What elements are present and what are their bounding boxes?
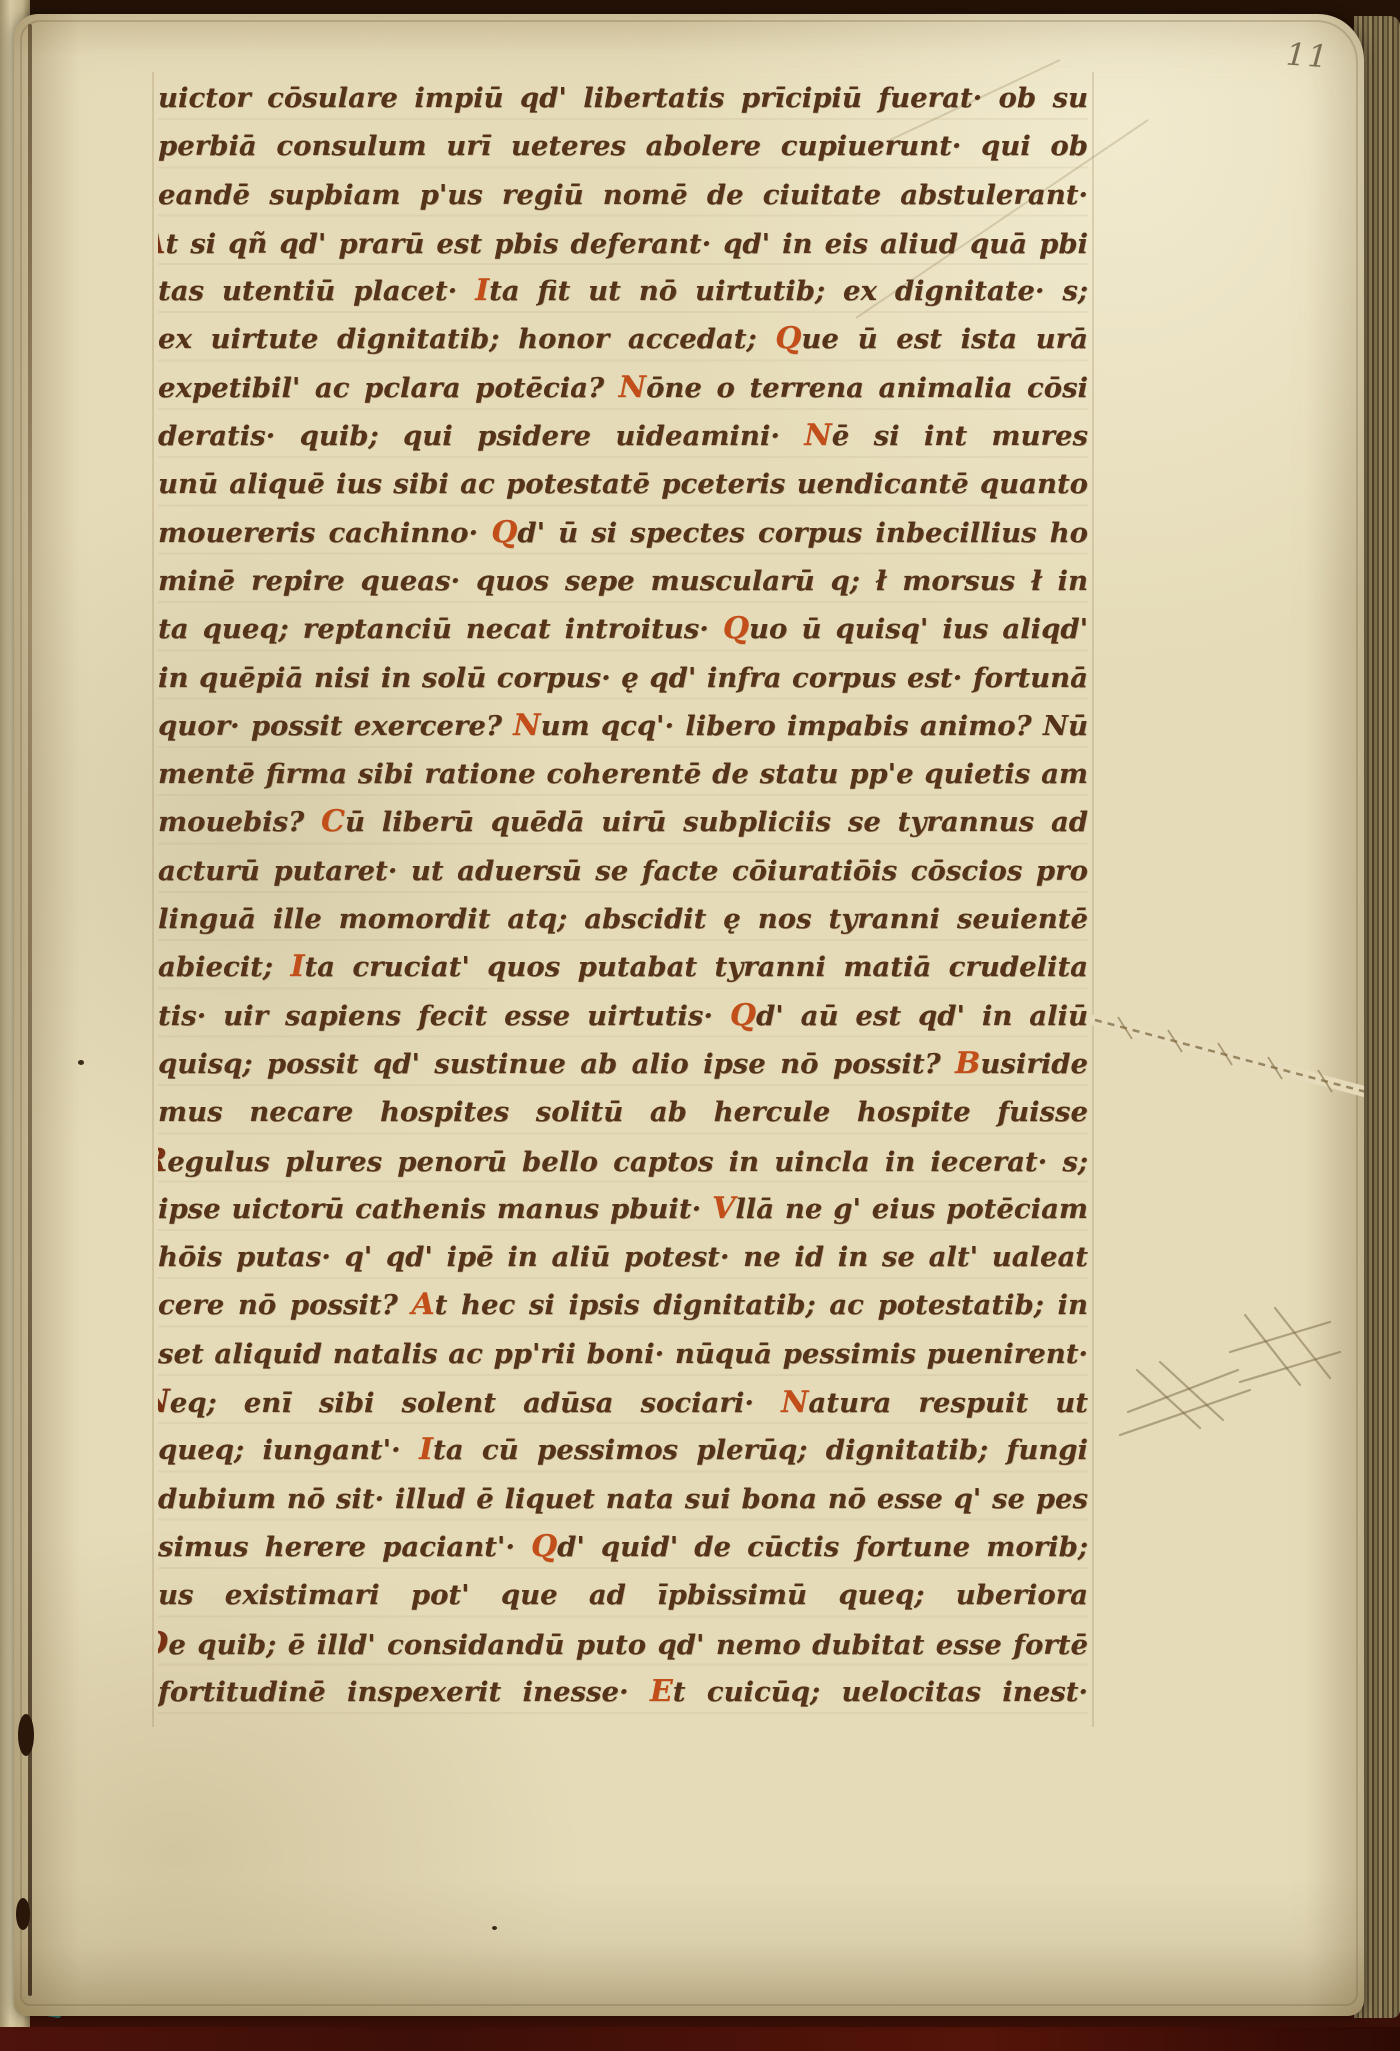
- text-run: mus necare hospites solitū ab hercule ho…: [158, 1096, 1088, 1136]
- text-run: e quib; ē illd' considandū puto qd' nemo…: [158, 1629, 1088, 1668]
- manuscript-line: eandē supbiam p'us regiū nomē de ciuitat…: [158, 171, 1088, 219]
- rubricated-initial: N: [804, 418, 831, 453]
- rubricated-initial: Q: [730, 998, 756, 1033]
- folio-number: 11: [1285, 37, 1331, 76]
- text-run: llā ne g' eius potēciam: [735, 1193, 1088, 1225]
- ink-speck: [492, 1926, 497, 1930]
- text-run: fortitudinē inspexerit inesse·: [158, 1676, 650, 1708]
- rubricated-initial: B: [955, 1046, 980, 1081]
- manuscript-line: linguā ille momordit atq; abscidit ę nos…: [158, 895, 1088, 943]
- text-run: ū liberū quēdā uirū subpliciis se tyrann…: [345, 806, 1088, 838]
- manuscript-line: cere nō possit? At hec si ipsis dignitat…: [158, 1281, 1088, 1329]
- text-run: in quēpiā nisi in solū corpus· ę qd' inf…: [158, 662, 1088, 702]
- manuscript-line: in quēpiā nisi in solū corpus· ę qd' inf…: [158, 654, 1088, 702]
- rubricated-initial: C: [321, 804, 345, 839]
- binding-cover-bottom: [0, 2027, 1400, 2051]
- text-run: egulus plures penorū bello captos in uin…: [158, 1146, 1088, 1185]
- manuscript-line: ipse uictorū cathenis manus pbuit· Vllā …: [158, 1185, 1088, 1233]
- manuscript-text-block: uictor cōsulare impiū qd' libertatis prī…: [158, 74, 1088, 1716]
- text-run: eq; enī sibi solent adūsa sociari·: [170, 1387, 781, 1419]
- manuscript-line: mus necare hospites solitū ab hercule ho…: [158, 1088, 1088, 1136]
- manuscript-line: quisq; possit qd' sustinue ab alio ipse …: [158, 1040, 1088, 1088]
- text-run: deratis· quib; qui psidere uideamini·: [158, 420, 804, 452]
- margin-initial: D: [158, 1625, 168, 1662]
- text-run: ta cruciat' quos putabat tyranni matiā c…: [304, 951, 1088, 983]
- manuscript-line: Neq; enī sibi solent adūsa sociari· Natu…: [158, 1378, 1088, 1426]
- manuscript-line: mouebis? Cū liberū quēdā uirū subpliciis…: [158, 798, 1088, 846]
- text-run: hōis putas· q' qd' ipē in aliū potest· n…: [158, 1241, 1088, 1281]
- text-run: d' ū si spectes corpus inbecillius ho: [517, 517, 1088, 549]
- text-run: dubium nō sit· illud ē liquet nata sui b…: [158, 1483, 1088, 1515]
- rubricated-initial: N: [781, 1385, 808, 1420]
- text-run: mentē firma sibi ratione coherentē de st…: [158, 758, 1088, 790]
- rubricated-initial: A: [411, 1287, 434, 1322]
- rubricated-initial: N: [513, 708, 540, 743]
- manuscript-line: ta queq; reptanciū necat introitus· Quo …: [158, 605, 1088, 653]
- rubricated-initial: I: [419, 1432, 433, 1467]
- manuscript-line: queq; iungant'· Ita cū pessimos plerūq; …: [158, 1426, 1088, 1474]
- manuscript-line: set aliquid natalis ac pp'rii boni· nūqu…: [158, 1330, 1088, 1378]
- text-run: ta cū pessimos plerūq; dignitatib; fungi: [433, 1434, 1088, 1466]
- text-run: uictor cōsulare impiū qd' libertatis prī…: [158, 82, 1088, 114]
- text-run: queq; iungant'·: [158, 1434, 419, 1466]
- text-run: us existimari pot' que ad īpbissimū queq…: [158, 1579, 1088, 1619]
- manuscript-line: ex uirtute dignitatib; honor accedat; Qu…: [158, 315, 1088, 363]
- text-run: ue ū est ista urā: [801, 323, 1088, 355]
- gutter-crease: [28, 24, 32, 1996]
- text-run: uo ū quisq' ius aliqd': [749, 613, 1088, 645]
- manuscript-line: abiecit; Ita cruciat' quos putabat tyran…: [158, 943, 1088, 991]
- text-run: mouebis?: [158, 806, 321, 838]
- manuscript-line: At si qñ qd' prarū est pbis deferant· qd…: [158, 219, 1088, 267]
- manuscript-line: minē repire queas· quos sepe muscularū q…: [158, 557, 1088, 605]
- text-run: um qcq'· libero impabis animo? Nū: [541, 710, 1088, 742]
- manuscript-photo: 11 uictor cōsulare impiū qd' libertatis …: [0, 0, 1400, 2051]
- rubricated-initial: Q: [775, 321, 801, 356]
- parchment-page: 11 uictor cōsulare impiū qd' libertatis …: [14, 14, 1364, 2016]
- sewing-hole: [18, 1714, 34, 1756]
- text-run: ipse uictorū cathenis manus pbuit·: [158, 1193, 712, 1225]
- text-run: mouereris cachinno·: [158, 517, 491, 549]
- text-run: tis· uir sapiens fecit esse uirtutis·: [158, 1000, 730, 1032]
- text-run: minē repire queas· quos sepe muscularū q…: [158, 565, 1088, 605]
- text-run: quor· possit exercere?: [158, 710, 513, 742]
- manuscript-line: dubium nō sit· illud ē liquet nata sui b…: [158, 1475, 1088, 1523]
- text-run: t si qñ qd' prarū est pbis deferant· qd'…: [165, 228, 1088, 260]
- manuscript-line: quor· possit exercere? Num qcq'· libero …: [158, 702, 1088, 750]
- rubricated-initial: Q: [491, 515, 517, 550]
- text-run: ta fit ut nō uirtutib; ex dignitate· s;: [489, 275, 1088, 307]
- text-run: simus herere paciant'·: [158, 1531, 531, 1563]
- text-run: expetibil' ac pclara potēcia?: [158, 372, 619, 404]
- manuscript-line: mentē firma sibi ratione coherentē de st…: [158, 750, 1088, 798]
- rubricated-initial: Q: [531, 1529, 557, 1564]
- rubricated-initial: Q: [723, 611, 749, 646]
- manuscript-line: De quib; ē illd' considandū puto qd' nem…: [158, 1620, 1088, 1668]
- margin-initial: R: [158, 1142, 167, 1179]
- ink-speck: [78, 1060, 84, 1065]
- manuscript-line: unū aliquē ius sibi ac potestatē pceteri…: [158, 460, 1088, 508]
- manuscript-line: hōis putas· q' qd' ipē in aliū potest· n…: [158, 1233, 1088, 1281]
- manuscript-line: deratis· quib; qui psidere uideamini· Nē…: [158, 412, 1088, 460]
- ruling-line-left: [152, 72, 154, 1727]
- text-run: abiecit;: [158, 951, 290, 983]
- ruling-line-right: [1092, 72, 1094, 1727]
- manuscript-line: perbiā consulum urī ueteres abolere cupi…: [158, 122, 1088, 170]
- rubricated-initial: N: [619, 370, 646, 405]
- text-run: quisq; possit qd' sustinue ab alio ipse …: [158, 1048, 955, 1080]
- text-run: eandē supbiam p'us regiū nomē de ciuitat…: [158, 179, 1088, 211]
- manuscript-line: fortitudinē inspexerit inesse· Et cuicūq…: [158, 1668, 1088, 1716]
- manuscript-line: tas utentiū placet· Ita fit ut nō uirtut…: [158, 267, 1088, 315]
- rubricated-initial: I: [475, 273, 489, 308]
- manuscript-line: uictor cōsulare impiū qd' libertatis prī…: [158, 74, 1088, 122]
- sewing-hole: [16, 1898, 30, 1930]
- rubricated-initial: V: [712, 1191, 735, 1226]
- manuscript-line: tis· uir sapiens fecit esse uirtutis· Qd…: [158, 992, 1088, 1040]
- text-run: acturū putaret· ut aduersū se facte cōiu…: [158, 855, 1088, 887]
- rubricated-initial: I: [290, 949, 304, 984]
- text-run: cere nō possit?: [158, 1289, 411, 1321]
- manuscript-line: Regulus plures penorū bello captos in ui…: [158, 1137, 1088, 1185]
- text-run: ex uirtute dignitatib; honor accedat;: [158, 323, 775, 355]
- text-run: unū aliquē ius sibi ac potestatē pceteri…: [158, 468, 1088, 500]
- manuscript-line: us existimari pot' que ad īpbissimū queq…: [158, 1571, 1088, 1619]
- text-run: ōne o terrena animalia cōsi: [646, 372, 1088, 404]
- text-run: tas utentiū placet·: [158, 275, 475, 307]
- manuscript-line: expetibil' ac pclara potēcia? Nōne o ter…: [158, 364, 1088, 412]
- manuscript-line: mouereris cachinno· Qd' ū si spectes cor…: [158, 509, 1088, 557]
- text-run: perbiā consulum urī ueteres abolere cupi…: [158, 130, 1088, 162]
- rubricated-initial: E: [650, 1674, 673, 1709]
- manuscript-line: acturū putaret· ut aduersū se facte cōiu…: [158, 847, 1088, 895]
- margin-initial: N: [158, 1383, 170, 1420]
- manuscript-line: simus herere paciant'· Qd' quid' de cūct…: [158, 1523, 1088, 1571]
- text-run: linguā ille momordit atq; abscidit ę nos…: [158, 903, 1088, 935]
- text-run: set aliquid natalis ac pp'rii boni· nūqu…: [158, 1338, 1088, 1370]
- text-run: ta queq; reptanciū necat introitus·: [158, 613, 723, 645]
